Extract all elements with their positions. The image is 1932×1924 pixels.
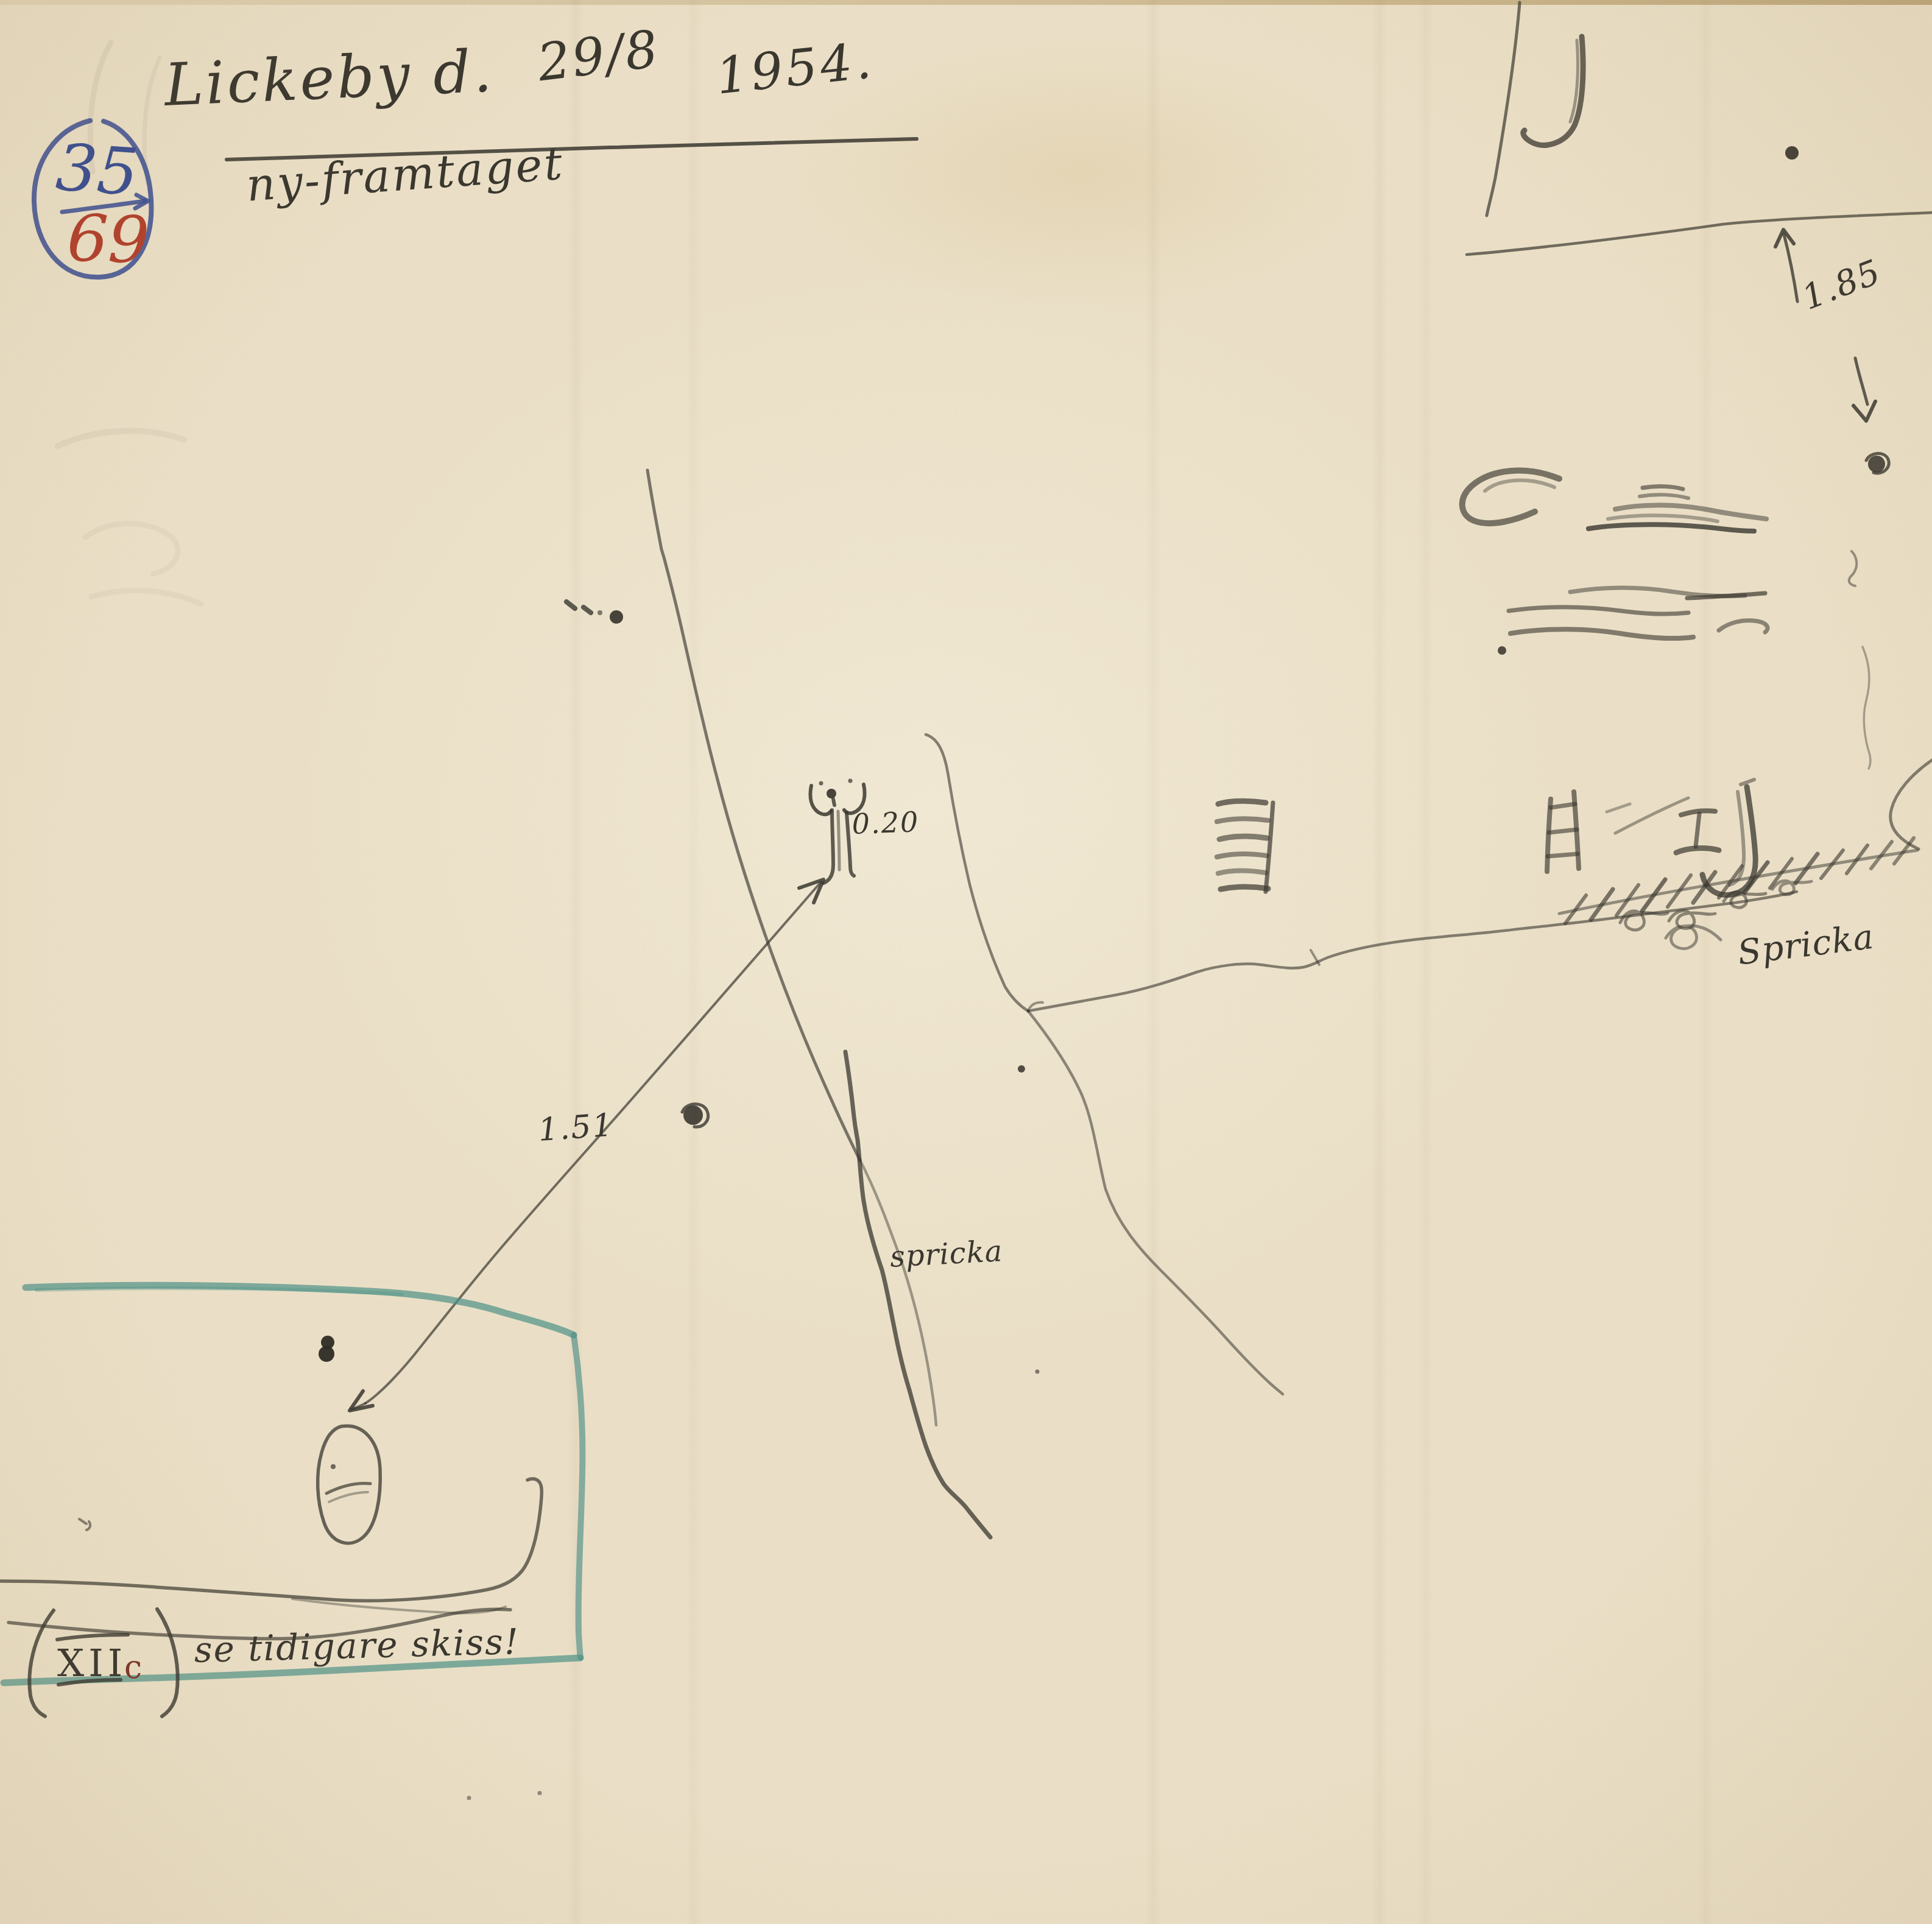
archive-stamp-bottom-number: 69 bbox=[66, 206, 150, 273]
dot-trio bbox=[566, 602, 623, 624]
measurement-label-151: 1.51 bbox=[537, 1109, 615, 1146]
sketch-arrow-double-measure bbox=[350, 602, 823, 1411]
measure-scribble-dot bbox=[682, 1104, 708, 1127]
stone-row-marks bbox=[1462, 471, 1870, 769]
page-title: Lickeby d. bbox=[163, 41, 495, 115]
archive-stamp-top-number: 35 bbox=[54, 135, 141, 205]
long-crack-lines bbox=[647, 470, 1797, 1537]
footnote-ref-suffix: c bbox=[124, 1652, 142, 1683]
footnote-roman-ref: XII bbox=[57, 1644, 127, 1682]
crack-label-middle: spricka bbox=[889, 1236, 1004, 1272]
inset-detail-box bbox=[0, 1285, 582, 1800]
inset-box-contents bbox=[0, 1336, 542, 1800]
top-right-trench-outline bbox=[1467, 2, 1932, 255]
ladder-and-beam-marks bbox=[1217, 780, 1755, 895]
page-title-date: 29/8 bbox=[535, 23, 662, 89]
scanned-sketch-page: Lickeby d. 29/8 1954. ny-framtaget 35 69… bbox=[0, 0, 1932, 1924]
target-scribble-dot bbox=[1866, 453, 1889, 473]
sketch-arrow-up bbox=[1775, 230, 1797, 301]
footnote-note: se tidigare skiss! bbox=[194, 1624, 520, 1668]
measurement-label-020: 0.20 bbox=[851, 808, 920, 838]
sketch-arrow-down bbox=[1853, 358, 1875, 421]
ghost-marks bbox=[58, 43, 201, 604]
